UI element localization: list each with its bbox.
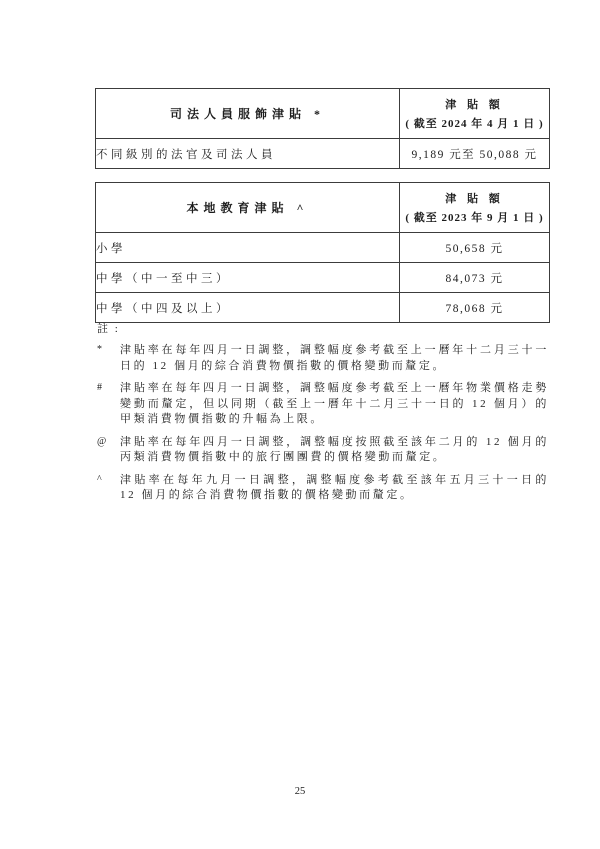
table-header-row: 司法人員服飾津貼 * 津 貼 額 ( 截至 2024 年 4 月 1 日 ) <box>96 89 550 139</box>
footnote-marker: @ <box>97 435 120 466</box>
footnote-text: 津貼率在每年四月一日調整，調整幅度參考截至上一曆年物業價格走勢變動而釐定，但以同… <box>120 381 549 428</box>
row-label: 小學 <box>96 233 400 263</box>
footnote-item: # 津貼率在每年四月一日調整，調整幅度參考截至上一曆年物業價格走勢變動而釐定，但… <box>97 381 549 428</box>
amount-header-date: ( 截至 2024 年 4 月 1 日 ) <box>400 115 549 133</box>
table-title: 本地教育津貼 ^ <box>96 183 400 233</box>
footnotes-section: 註 : * 津貼率在每年四月一日調整，調整幅度參考截至上一曆年十二月三十一日的 … <box>97 320 549 504</box>
table-title: 司法人員服飾津貼 * <box>96 89 400 139</box>
footnote-marker: # <box>97 381 120 428</box>
page-number: 25 <box>0 786 600 797</box>
footnote-text: 津貼率在每年九月一日調整，調整幅度參考截至該年五月三十一日的 12 個月的綜合消… <box>120 473 549 504</box>
amount-header-label: 津 貼 額 <box>400 95 549 115</box>
amount-header-label: 津 貼 額 <box>400 189 549 209</box>
row-label: 中學（中四及以上） <box>96 293 400 323</box>
row-amount: 78,068 元 <box>400 293 550 323</box>
row-amount: 9,189 元至 50,088 元 <box>400 139 550 169</box>
amount-column-header: 津 貼 額 ( 截至 2024 年 4 月 1 日 ) <box>400 89 550 139</box>
document-page: 司法人員服飾津貼 * 津 貼 額 ( 截至 2024 年 4 月 1 日 ) 不… <box>0 0 600 849</box>
footnote-item: @ 津貼率在每年四月一日調整，調整幅度按照截至該年二月的 12 個月的丙類消費物… <box>97 435 549 466</box>
footnote-item: ^ 津貼率在每年九月一日調整，調整幅度參考截至該年五月三十一日的 12 個月的綜… <box>97 473 549 504</box>
row-label: 中學（中一至中三） <box>96 263 400 293</box>
footnote-marker: ^ <box>97 473 120 504</box>
row-label: 不同級別的法官及司法人員 <box>96 139 400 169</box>
amount-column-header: 津 貼 額 ( 截至 2023 年 9 月 1 日 ) <box>400 183 550 233</box>
footnote-text: 津貼率在每年四月一日調整，調整幅度按照截至該年二月的 12 個月的丙類消費物價指… <box>120 435 549 466</box>
judicial-robe-allowance-table: 司法人員服飾津貼 * 津 貼 額 ( 截至 2024 年 4 月 1 日 ) 不… <box>95 88 550 169</box>
footnote-item: * 津貼率在每年四月一日調整，調整幅度參考截至上一曆年十二月三十一日的 12 個… <box>97 343 549 374</box>
table-row: 小學 50,658 元 <box>96 233 550 263</box>
table-row: 中學（中四及以上） 78,068 元 <box>96 293 550 323</box>
footnotes-heading: 註 : <box>97 320 549 336</box>
table-header-row: 本地教育津貼 ^ 津 貼 額 ( 截至 2023 年 9 月 1 日 ) <box>96 183 550 233</box>
row-amount: 84,073 元 <box>400 263 550 293</box>
footnote-text: 津貼率在每年四月一日調整，調整幅度參考截至上一曆年十二月三十一日的 12 個月的… <box>120 343 549 374</box>
amount-header-date: ( 截至 2023 年 9 月 1 日 ) <box>400 209 549 227</box>
table-row: 不同級別的法官及司法人員 9,189 元至 50,088 元 <box>96 139 550 169</box>
footnote-marker: * <box>97 343 120 374</box>
table-row: 中學（中一至中三） 84,073 元 <box>96 263 550 293</box>
row-amount: 50,658 元 <box>400 233 550 263</box>
local-education-allowance-table: 本地教育津貼 ^ 津 貼 額 ( 截至 2023 年 9 月 1 日 ) 小學 … <box>95 182 550 323</box>
